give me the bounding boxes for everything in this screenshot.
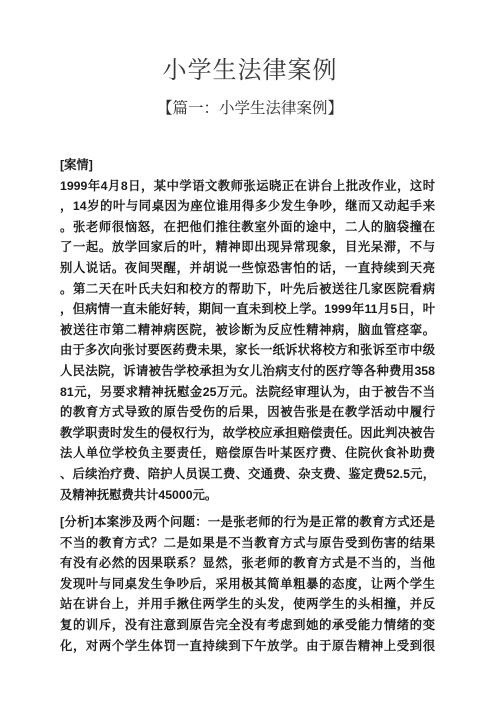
text-line: 及精神抚慰费共计45000元。 — [60, 485, 435, 506]
text-line: 的教育方式导致的原告受伤的后果，因被告张是在教学活动中履行 — [60, 402, 435, 423]
text-line: 由于多次向张讨要医药费未果，家长一纸诉状将校方和张诉至市中级 — [60, 340, 435, 361]
text-line: 。张老师很恼怒，在把他们推往教室外面的途中，二人的脑袋撞在 — [60, 217, 435, 238]
text-line: 人民法院，诉请被告学校承担为女儿治病支付的医疗等各种费用358 — [60, 361, 435, 382]
text-line: 复的训斥，没有注意到原告完全没有考虑到她的承受能力情绪的变 — [60, 615, 435, 636]
text-line: 81元，另要求精神抚慰金25万元。法院经审理认为，由于被告不当 — [60, 382, 435, 403]
text-line: 法人单位学校负主要责任，赔偿原告叶某医疗费、住院伙食补助费 — [60, 443, 435, 464]
document-title: 小学生法律案例 — [0, 55, 500, 87]
text-line: ，14岁的叶与同桌因为座位谁用得多少发生争吵，继而又动起手来 — [60, 196, 435, 217]
text-line: ，但病情一直未能好转，期间一直未到校上学。1999年11月5日，叶 — [60, 299, 435, 320]
text-line: 有没有必然的因果联系？显然，张老师的教育方式是不当的，当他 — [60, 553, 435, 574]
text-line: 。第二天在叶氏夫妇和校方的帮助下，叶先后被送往几家医院看病 — [60, 279, 435, 300]
text-line: 发现叶与同桌发生争吵后，采用极其简单粗暴的态度，让两个学生 — [60, 574, 435, 595]
text-line: 化，对两个学生体罚一直持续到下午放学。由于原告精神上受到很 — [60, 636, 435, 657]
case-section-text: 1999年4月8日，某中学语文教师张运晓正在讲台上批改作业，这时，14岁的叶与同… — [60, 176, 435, 506]
text-line: 了一起。放学回家后的叶，精神即出现异常现象，目光呆滞，不与 — [60, 237, 435, 258]
text-line: 站在讲台上，并用手揪住两学生的头发，使两学生的头相撞，并反 — [60, 594, 435, 615]
document-subtitle: 【篇一：小学生法律案例】 — [0, 98, 500, 120]
text-line: 被送往市第二精神病医院，被诊断为反应性精神病，脑血管痉挛。 — [60, 320, 435, 341]
text-line: [分析]本案涉及两个问题：一是张老师的行为是正常的教育方式还是 — [60, 512, 435, 533]
text-line: 教学职责时发生的侵权行为，故学校应承担赔偿责任。因此判决被告 — [60, 423, 435, 444]
case-section-label: [案情] — [60, 155, 435, 176]
text-line: 别人说话。夜间哭醒，并胡说一些惊恐害怕的话，一直持续到天亮 — [60, 258, 435, 279]
document-body: [案情] 1999年4月8日，某中学语文教师张运晓正在讲台上批改作业，这时，14… — [60, 155, 435, 656]
case-section: [案情] 1999年4月8日，某中学语文教师张运晓正在讲台上批改作业，这时，14… — [60, 155, 435, 505]
text-line: 不当的教育方式？二是如果是不当教育方式与原告受到伤害的结果 — [60, 533, 435, 554]
analysis-section: [分析]本案涉及两个问题：一是张老师的行为是正常的教育方式还是不当的教育方式？二… — [60, 512, 435, 656]
text-line: 、后续治疗费、陪护人员误工费、交通费、杂支费、鉴定费52.5元， — [60, 464, 435, 485]
document-page: 小学生法律案例 【篇一：小学生法律案例】 [案情] 1999年4月8日，某中学语… — [0, 0, 500, 707]
analysis-section-text: [分析]本案涉及两个问题：一是张老师的行为是正常的教育方式还是不当的教育方式？二… — [60, 512, 435, 656]
text-line: 1999年4月8日，某中学语文教师张运晓正在讲台上批改作业，这时 — [60, 176, 435, 197]
